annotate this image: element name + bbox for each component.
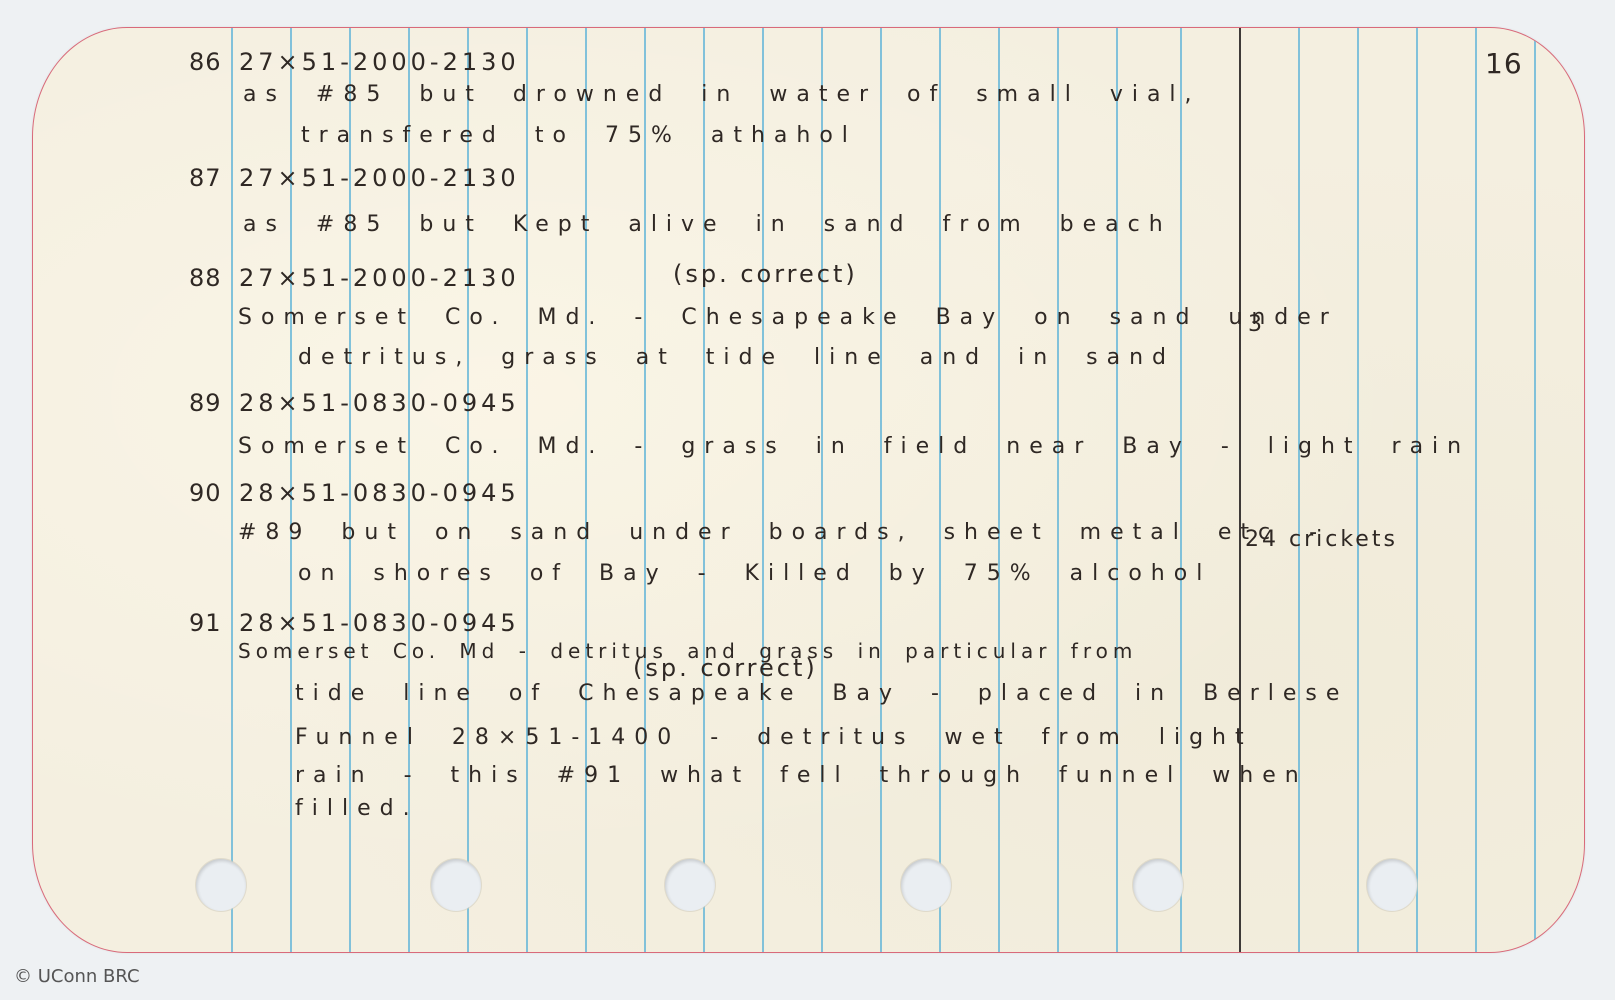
column-divider — [1239, 28, 1241, 952]
count-note: 24 crickets — [1245, 529, 1398, 551]
entry-number: 90 — [189, 481, 222, 505]
rule-line — [585, 28, 587, 952]
punch-hole — [431, 859, 481, 911]
entry-date-time: 28×51-0830-0945 — [239, 611, 520, 635]
entry-line: on shores of Bay - Killed by 75% alcohol — [298, 563, 1211, 585]
entry-line: as #85 but drowned in water of small via… — [243, 84, 1201, 106]
entry-date-time: 27×51-2000-2130 — [239, 266, 520, 290]
entry-annotation: (sp. correct) — [673, 262, 858, 286]
entry-line: filled. — [295, 798, 419, 820]
entry-line: Somerset Co. Md. - grass in field near B… — [238, 436, 1470, 458]
rule-line — [1180, 28, 1182, 952]
rule-line — [231, 28, 233, 952]
entry-line: as #85 but Kept alive in sand from beach — [243, 214, 1172, 236]
rule-line — [821, 28, 823, 952]
punch-hole — [196, 859, 246, 911]
entry-number: 88 — [189, 266, 222, 290]
entry-date-time: 28×51-0830-0945 — [239, 481, 520, 505]
entry-date-time: 28×51-0830-0945 — [239, 391, 520, 415]
entry-number: 91 — [189, 611, 222, 635]
entry-number: 86 — [189, 50, 222, 74]
page-number: 16 — [1485, 50, 1523, 78]
punch-hole — [665, 859, 715, 911]
index-card: 16 86 27×51-2000-2130 as #85 but drowned… — [32, 27, 1585, 953]
rule-line — [644, 28, 646, 952]
entry-line: tide line of Chesapeake Bay - placed in … — [295, 683, 1348, 705]
copyright-notice: © UConn BRC — [14, 968, 140, 986]
entry-line: detritus, grass at tide line and in sand — [298, 347, 1175, 369]
rule-line — [1475, 28, 1477, 952]
rule-line — [939, 28, 941, 952]
entry-date-time: 27×51-2000-2130 — [239, 166, 520, 190]
punch-hole — [901, 859, 951, 911]
entry-number: 89 — [189, 391, 222, 415]
rule-line — [1534, 28, 1536, 952]
entry-line: rain - this #91 what fell through funnel… — [295, 765, 1308, 787]
rule-line — [762, 28, 764, 952]
entry-date-time: 27×51-2000-2130 — [239, 50, 520, 74]
count-note: 3 — [1248, 314, 1265, 336]
rule-line — [1298, 28, 1300, 952]
entry-line: Somerset Co. Md. - Chesapeake Bay on san… — [238, 307, 1338, 329]
punch-hole — [1367, 859, 1417, 911]
entry-line: Funnel 28×51-1400 - detritus wet from li… — [295, 727, 1253, 749]
rule-line — [526, 28, 528, 952]
entry-line: #89 but on sand under boards, sheet meta… — [238, 522, 1326, 544]
rule-line — [880, 28, 882, 952]
rule-line — [703, 28, 705, 952]
rule-line — [1416, 28, 1418, 952]
punch-hole — [1133, 859, 1183, 911]
entry-number: 87 — [189, 166, 222, 190]
entry-line: transfered to 75% athahol — [301, 125, 857, 147]
rule-line — [1116, 28, 1118, 952]
rule-line — [998, 28, 1000, 952]
rule-line — [1057, 28, 1059, 952]
rule-line — [1357, 28, 1359, 952]
entry-annotation: (sp. correct) — [633, 656, 818, 680]
